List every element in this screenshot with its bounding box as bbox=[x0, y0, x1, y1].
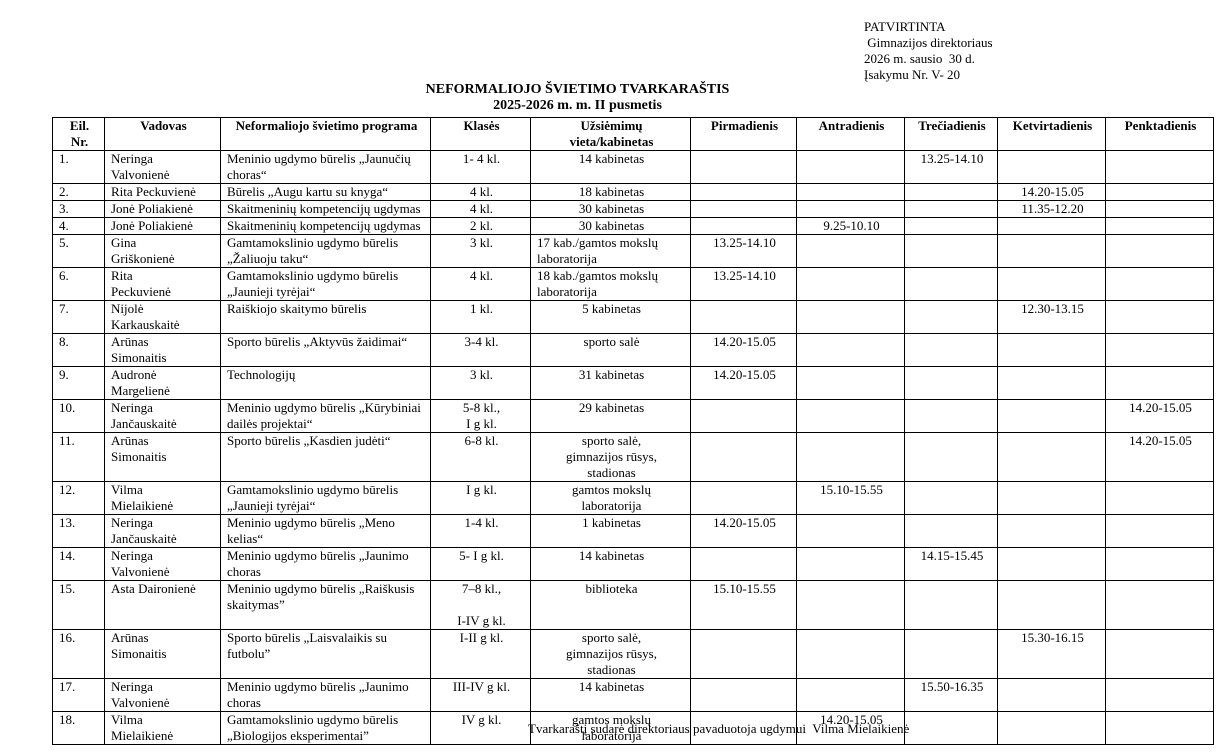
cell-nr: 12. bbox=[53, 482, 105, 515]
approval-line-1: PATVIRTINTA bbox=[864, 19, 993, 35]
cell-leader: Neringa Valvonienė bbox=[105, 679, 221, 712]
cell-tuesday bbox=[797, 268, 905, 301]
cell-thursday: 15.30-16.15 bbox=[998, 630, 1106, 679]
cell-program: Gamtamokslinio ugdymo būrelis „Jaunieji … bbox=[221, 268, 431, 301]
table-row: 7.Nijolė KarkauskaitėRaiškiojo skaitymo … bbox=[53, 301, 1214, 334]
table-header-row: Eil. Nr. Vadovas Neformaliojo švietimo p… bbox=[53, 118, 1214, 151]
cell-classes: 4 kl. bbox=[431, 184, 531, 201]
header-thursday: Ketvirtadienis bbox=[998, 118, 1106, 151]
cell-nr: 16. bbox=[53, 630, 105, 679]
cell-classes: 3 kl. bbox=[431, 235, 531, 268]
cell-classes: I-II g kl. bbox=[431, 630, 531, 679]
cell-place: 14 kabinetas bbox=[531, 548, 691, 581]
cell-nr: 13. bbox=[53, 515, 105, 548]
cell-monday bbox=[691, 482, 797, 515]
cell-place: 30 kabinetas bbox=[531, 218, 691, 235]
cell-tuesday bbox=[797, 334, 905, 367]
cell-tuesday bbox=[797, 548, 905, 581]
cell-nr: 8. bbox=[53, 334, 105, 367]
cell-wednesday bbox=[905, 400, 998, 433]
cell-thursday: 12.30-13.15 bbox=[998, 301, 1106, 334]
cell-friday bbox=[1106, 268, 1214, 301]
cell-friday bbox=[1106, 630, 1214, 679]
cell-thursday bbox=[998, 433, 1106, 482]
cell-tuesday bbox=[797, 679, 905, 712]
cell-classes: 1-4 kl. bbox=[431, 515, 531, 548]
cell-thursday bbox=[998, 548, 1106, 581]
cell-leader: Audronė Margelienė bbox=[105, 367, 221, 400]
cell-tuesday bbox=[797, 301, 905, 334]
cell-program: Technologijų bbox=[221, 367, 431, 400]
cell-tuesday: 15.10-15.55 bbox=[797, 482, 905, 515]
table-row: 11. Arūnas SimonaitisSporto būrelis „Kas… bbox=[53, 433, 1214, 482]
cell-classes: I g kl. bbox=[431, 482, 531, 515]
cell-place: biblioteka bbox=[531, 581, 691, 630]
cell-nr: 3. bbox=[53, 201, 105, 218]
cell-program: Skaitmeninių kompetencijų ugdymas bbox=[221, 201, 431, 218]
cell-nr: 11. bbox=[53, 433, 105, 482]
table-row: 6.Rita PeckuvienėGamtamokslinio ugdymo b… bbox=[53, 268, 1214, 301]
cell-tuesday bbox=[797, 630, 905, 679]
cell-nr: 4. bbox=[53, 218, 105, 235]
approval-block: PATVIRTINTA Gimnazijos direktoriaus 2026… bbox=[864, 19, 993, 83]
cell-wednesday bbox=[905, 482, 998, 515]
cell-nr: 18. bbox=[53, 712, 105, 745]
cell-place: 30 kabinetas bbox=[531, 201, 691, 218]
cell-monday bbox=[691, 400, 797, 433]
header-classes: Klasės bbox=[431, 118, 531, 151]
cell-program: Gamtamokslinio ugdymo būrelis „Biologijo… bbox=[221, 712, 431, 745]
cell-friday bbox=[1106, 367, 1214, 400]
cell-tuesday bbox=[797, 433, 905, 482]
cell-leader: Neringa Valvonienė bbox=[105, 548, 221, 581]
cell-nr: 10. bbox=[53, 400, 105, 433]
cell-place: gamtos mokslų laboratorija bbox=[531, 482, 691, 515]
cell-monday bbox=[691, 630, 797, 679]
cell-classes: IV g kl. bbox=[431, 712, 531, 745]
cell-place: sporto salė bbox=[531, 334, 691, 367]
table-row: 4.Jonė PoliakienėSkaitmeninių kompetenci… bbox=[53, 218, 1214, 235]
cell-tuesday bbox=[797, 184, 905, 201]
cell-monday: 13.25-14.10 bbox=[691, 235, 797, 268]
cell-tuesday bbox=[797, 367, 905, 400]
table-row: 8. Arūnas SimonaitisSporto būrelis „Akty… bbox=[53, 334, 1214, 367]
cell-classes: 1- 4 kl. bbox=[431, 151, 531, 184]
cell-program: Sporto būrelis „Aktyvūs žaidimai“ bbox=[221, 334, 431, 367]
cell-friday bbox=[1106, 482, 1214, 515]
cell-program: Meninio ugdymo būrelis „Jaunimo choras bbox=[221, 679, 431, 712]
cell-monday bbox=[691, 151, 797, 184]
cell-program: Skaitmeninių kompetencijų ugdymas bbox=[221, 218, 431, 235]
cell-leader: Jonė Poliakienė bbox=[105, 218, 221, 235]
cell-thursday bbox=[998, 367, 1106, 400]
header-nr: Eil. Nr. bbox=[53, 118, 105, 151]
cell-program: Raiškiojo skaitymo būrelis bbox=[221, 301, 431, 334]
header-tuesday: Antradienis bbox=[797, 118, 905, 151]
cell-place: 29 kabinetas bbox=[531, 400, 691, 433]
cell-monday bbox=[691, 301, 797, 334]
cell-thursday bbox=[998, 334, 1106, 367]
cell-classes: III-IV g kl. bbox=[431, 679, 531, 712]
cell-tuesday bbox=[797, 400, 905, 433]
cell-nr: 6. bbox=[53, 268, 105, 301]
approval-line-3: 2026 m. sausio 30 d. bbox=[864, 51, 993, 67]
cell-wednesday bbox=[905, 367, 998, 400]
cell-friday bbox=[1106, 581, 1214, 630]
cell-wednesday bbox=[905, 630, 998, 679]
cell-monday bbox=[691, 679, 797, 712]
cell-monday bbox=[691, 433, 797, 482]
cell-friday bbox=[1106, 515, 1214, 548]
cell-program: Gamtamokslinio ugdymo būrelis „Jaunieji … bbox=[221, 482, 431, 515]
cell-thursday bbox=[998, 400, 1106, 433]
table-row: 17. Neringa ValvonienėMeninio ugdymo būr… bbox=[53, 679, 1214, 712]
cell-wednesday bbox=[905, 235, 998, 268]
footer-note: Tvarkaraštį sudarė direktoriaus pavaduot… bbox=[528, 721, 909, 737]
cell-monday: 14.20-15.05 bbox=[691, 515, 797, 548]
cell-program: Meninio ugdymo būrelis „Jaunimo choras bbox=[221, 548, 431, 581]
cell-wednesday bbox=[905, 334, 998, 367]
table-row: 1.Neringa ValvonienėMeninio ugdymo būrel… bbox=[53, 151, 1214, 184]
cell-program: Meninio ugdymo būrelis „Meno kelias“ bbox=[221, 515, 431, 548]
cell-friday bbox=[1106, 218, 1214, 235]
cell-monday bbox=[691, 184, 797, 201]
cell-tuesday bbox=[797, 581, 905, 630]
header-wednesday: Trečiadienis bbox=[905, 118, 998, 151]
cell-classes: 7–8 kl., I-IV g kl. bbox=[431, 581, 531, 630]
cell-place: 18 kab./gamtos mokslų laboratorija bbox=[531, 268, 691, 301]
cell-friday bbox=[1106, 201, 1214, 218]
document-title: NEFORMALIOJO ŠVIETIMO TVARKARAŠTIS 2025-… bbox=[0, 82, 1155, 114]
cell-wednesday bbox=[905, 268, 998, 301]
cell-thursday bbox=[998, 235, 1106, 268]
table-row: 3.Jonė PoliakienėSkaitmeninių kompetenci… bbox=[53, 201, 1214, 218]
cell-friday bbox=[1106, 184, 1214, 201]
cell-leader: Nijolė Karkauskaitė bbox=[105, 301, 221, 334]
schedule-table: Eil. Nr. Vadovas Neformaliojo švietimo p… bbox=[52, 117, 1214, 745]
cell-leader: Rita Peckuvienė bbox=[105, 184, 221, 201]
table-row: 14.Neringa ValvonienėMeninio ugdymo būre… bbox=[53, 548, 1214, 581]
cell-program: Sporto būrelis „Laisvalaikis su futbolu” bbox=[221, 630, 431, 679]
cell-place: 31 kabinetas bbox=[531, 367, 691, 400]
header-place: Užsiėmimų vieta/kabinetas bbox=[531, 118, 691, 151]
cell-program: Meninio ugdymo būrelis „Kūrybiniai dailė… bbox=[221, 400, 431, 433]
cell-wednesday: 13.25-14.10 bbox=[905, 151, 998, 184]
cell-leader: Neringa Jančauskaitė bbox=[105, 400, 221, 433]
cell-place: 17 kab./gamtos mokslų laboratorija bbox=[531, 235, 691, 268]
cell-nr: 2. bbox=[53, 184, 105, 201]
cell-nr: 9. bbox=[53, 367, 105, 400]
cell-place: sporto salė, gimnazijos rūsys, stadionas bbox=[531, 433, 691, 482]
cell-friday: 14.20-15.05 bbox=[1106, 433, 1214, 482]
title-main: NEFORMALIOJO ŠVIETIMO TVARKARAŠTIS bbox=[0, 82, 1155, 98]
cell-classes: 5-8 kl., I g kl. bbox=[431, 400, 531, 433]
cell-leader: Neringa Jančauskaitė bbox=[105, 515, 221, 548]
cell-monday: 15.10-15.55 bbox=[691, 581, 797, 630]
table-row: 5.Gina GriškonienėGamtamokslinio ugdymo … bbox=[53, 235, 1214, 268]
cell-wednesday bbox=[905, 433, 998, 482]
cell-wednesday bbox=[905, 581, 998, 630]
header-leader: Vadovas bbox=[105, 118, 221, 151]
cell-leader: Rita Peckuvienė bbox=[105, 268, 221, 301]
cell-wednesday: 15.50-16.35 bbox=[905, 679, 998, 712]
cell-thursday: 11.35-12.20 bbox=[998, 201, 1106, 218]
cell-classes: 1 kl. bbox=[431, 301, 531, 334]
cell-leader: Neringa Valvonienė bbox=[105, 151, 221, 184]
cell-place: sporto salė, gimnazijos rūsys, stadionas bbox=[531, 630, 691, 679]
title-subtitle: 2025-2026 m. m. II pusmetis bbox=[0, 98, 1155, 114]
cell-classes: 2 kl. bbox=[431, 218, 531, 235]
cell-thursday: 14.20-15.05 bbox=[998, 184, 1106, 201]
cell-leader: Arūnas Simonaitis bbox=[105, 334, 221, 367]
cell-friday: 14.20-15.05 bbox=[1106, 400, 1214, 433]
header-monday: Pirmadienis bbox=[691, 118, 797, 151]
cell-thursday bbox=[998, 581, 1106, 630]
cell-thursday bbox=[998, 482, 1106, 515]
cell-thursday bbox=[998, 151, 1106, 184]
cell-tuesday bbox=[797, 201, 905, 218]
cell-place: 5 kabinetas bbox=[531, 301, 691, 334]
cell-leader: Gina Griškonienė bbox=[105, 235, 221, 268]
cell-friday bbox=[1106, 712, 1214, 745]
cell-place: 1 kabinetas bbox=[531, 515, 691, 548]
cell-nr: 17. bbox=[53, 679, 105, 712]
cell-leader: Arūnas Simonaitis bbox=[105, 630, 221, 679]
cell-friday bbox=[1106, 679, 1214, 712]
cell-program: Būrelis „Augu kartu su knyga“ bbox=[221, 184, 431, 201]
cell-wednesday bbox=[905, 184, 998, 201]
cell-tuesday: 9.25-10.10 bbox=[797, 218, 905, 235]
cell-tuesday bbox=[797, 235, 905, 268]
cell-leader: Asta Daironienė bbox=[105, 581, 221, 630]
cell-friday bbox=[1106, 235, 1214, 268]
cell-leader: Vilma Mielaikienė bbox=[105, 712, 221, 745]
cell-wednesday: 14.15-15.45 bbox=[905, 548, 998, 581]
cell-monday bbox=[691, 548, 797, 581]
table-row: 13.Neringa JančauskaitėMeninio ugdymo bū… bbox=[53, 515, 1214, 548]
cell-friday bbox=[1106, 151, 1214, 184]
cell-leader: Arūnas Simonaitis bbox=[105, 433, 221, 482]
cell-program: Meninio ugdymo būrelis „Raiškusis skaity… bbox=[221, 581, 431, 630]
cell-monday bbox=[691, 218, 797, 235]
table-row: 16. Arūnas SimonaitisSporto būrelis „Lai… bbox=[53, 630, 1214, 679]
cell-wednesday bbox=[905, 201, 998, 218]
cell-monday: 14.20-15.05 bbox=[691, 334, 797, 367]
cell-thursday bbox=[998, 268, 1106, 301]
cell-leader: Jonė Poliakienė bbox=[105, 201, 221, 218]
cell-classes: 3-4 kl. bbox=[431, 334, 531, 367]
cell-monday: 13.25-14.10 bbox=[691, 268, 797, 301]
table-row: 15.Asta DaironienėMeninio ugdymo būrelis… bbox=[53, 581, 1214, 630]
cell-thursday bbox=[998, 712, 1106, 745]
cell-nr: 15. bbox=[53, 581, 105, 630]
cell-nr: 1. bbox=[53, 151, 105, 184]
cell-nr: 7. bbox=[53, 301, 105, 334]
cell-place: 14 kabinetas bbox=[531, 679, 691, 712]
cell-friday bbox=[1106, 548, 1214, 581]
cell-tuesday bbox=[797, 151, 905, 184]
cell-wednesday bbox=[905, 218, 998, 235]
cell-friday bbox=[1106, 301, 1214, 334]
approval-line-2: Gimnazijos direktoriaus bbox=[864, 35, 993, 51]
cell-wednesday bbox=[905, 301, 998, 334]
header-friday: Penktadienis bbox=[1106, 118, 1214, 151]
cell-monday: 14.20-15.05 bbox=[691, 367, 797, 400]
cell-friday bbox=[1106, 334, 1214, 367]
cell-classes: 4 kl. bbox=[431, 268, 531, 301]
cell-thursday bbox=[998, 515, 1106, 548]
approval-line-4: Įsakymu Nr. V- 20 bbox=[864, 67, 993, 83]
cell-thursday bbox=[998, 679, 1106, 712]
cell-classes: 6-8 kl. bbox=[431, 433, 531, 482]
table-row: 9. Audronė MargelienėTechnologijų3 kl.31… bbox=[53, 367, 1214, 400]
cell-classes: 5- I g kl. bbox=[431, 548, 531, 581]
cell-program: Gamtamokslinio ugdymo būrelis „Žaliuoju … bbox=[221, 235, 431, 268]
cell-classes: 3 kl. bbox=[431, 367, 531, 400]
table-row: 12.Vilma MielaikienėGamtamokslinio ugdym… bbox=[53, 482, 1214, 515]
header-program: Neformaliojo švietimo programa bbox=[221, 118, 431, 151]
cell-wednesday bbox=[905, 712, 998, 745]
cell-place: 14 kabinetas bbox=[531, 151, 691, 184]
cell-nr: 14. bbox=[53, 548, 105, 581]
cell-thursday bbox=[998, 218, 1106, 235]
cell-nr: 5. bbox=[53, 235, 105, 268]
cell-place: 18 kabinetas bbox=[531, 184, 691, 201]
cell-wednesday bbox=[905, 515, 998, 548]
cell-tuesday bbox=[797, 515, 905, 548]
table-row: 2.Rita PeckuvienėBūrelis „Augu kartu su … bbox=[53, 184, 1214, 201]
cell-program: Sporto būrelis „Kasdien judėti“ bbox=[221, 433, 431, 482]
cell-leader: Vilma Mielaikienė bbox=[105, 482, 221, 515]
table-row: 10.Neringa JančauskaitėMeninio ugdymo bū… bbox=[53, 400, 1214, 433]
cell-program: Meninio ugdymo būrelis „Jaunučių choras“ bbox=[221, 151, 431, 184]
cell-classes: 4 kl. bbox=[431, 201, 531, 218]
cell-monday bbox=[691, 201, 797, 218]
